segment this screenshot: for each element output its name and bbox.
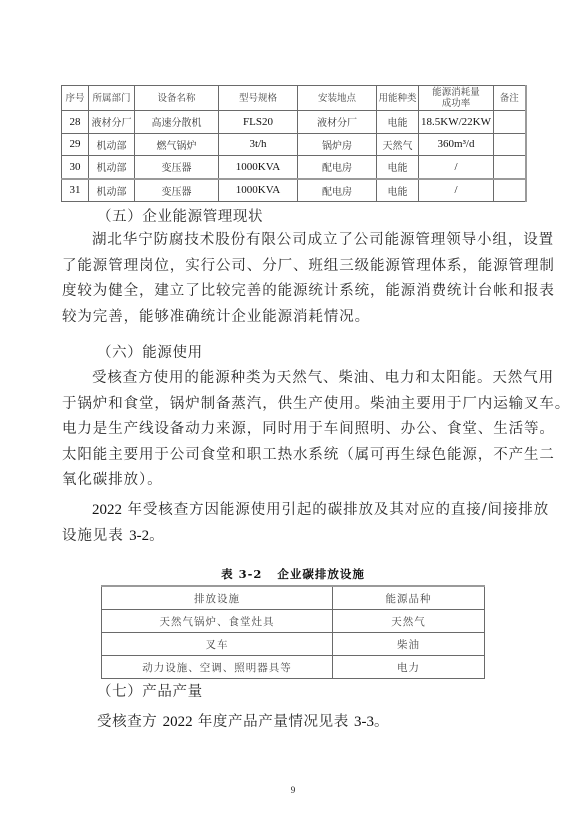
cell-remark xyxy=(494,133,526,156)
paragraph-line: 较为完善，能够准确统计企业能源消耗情况。 xyxy=(62,305,528,331)
section-6-heading: （六）能源使用 xyxy=(97,341,203,362)
paragraph-text: 设施见表 xyxy=(62,528,129,544)
paragraph-line: 受核查方使用的能源种类为天然气、柴油、电力和太阳能。天然气用 xyxy=(62,366,528,392)
cell-dept: 液材分厂 xyxy=(89,111,135,134)
cell-energy-type: 天然气 xyxy=(377,133,419,156)
cell-remark xyxy=(494,111,526,134)
table-row: 31 机动部 变压器 1000KVA 配电房 电能 / xyxy=(62,179,526,202)
cell-model: 1000KVA xyxy=(219,156,298,179)
cell-location: 配电房 xyxy=(298,179,377,202)
header-cell-dept: 所属部门 xyxy=(89,86,135,111)
cell-no: 31 xyxy=(62,179,89,202)
cell-name: 燃气锅炉 xyxy=(135,133,219,156)
cell-name: 变压器 xyxy=(135,156,219,179)
page-number: 9 xyxy=(0,785,586,795)
table-reference: 3-2 xyxy=(129,528,149,544)
paragraph-line: 了能源管理岗位，实行公司、分厂、班组三级能源管理体系，能源管理制 xyxy=(62,254,528,280)
paragraph-line: 2022 年受核查方因能源使用引起的碳排放及其对应的直接/间接排放 xyxy=(62,498,528,524)
cell-energy: 柴油 xyxy=(333,633,485,656)
cell-dept: 机动部 xyxy=(89,156,135,179)
section-6-paragraph-2: 2022 年受核查方因能源使用引起的碳排放及其对应的直接/间接排放 设施见表 3… xyxy=(62,498,528,549)
paragraph-text: 年受核查方因能源使用引起的碳排放及其对应的直接/间接排放 xyxy=(122,502,549,518)
cell-facility: 天然气锅炉、食堂灶具 xyxy=(102,610,333,633)
header-cell-energy-type: 用能种类 xyxy=(377,86,419,111)
header-consumption-line1: 能源消耗量 xyxy=(432,87,480,98)
cell-location: 锅炉房 xyxy=(298,133,377,156)
cell-name: 变压器 xyxy=(135,179,219,202)
year-text: 2022 xyxy=(163,714,193,730)
equipment-table: 序号 所属部门 设备名称 型号规格 安装地点 用能种类 能源消耗量 成功率 备注… xyxy=(61,85,527,202)
cell-energy-type: 电能 xyxy=(377,156,419,179)
cell-no: 29 xyxy=(62,133,89,156)
header-cell-consumption: 能源消耗量 成功率 xyxy=(419,86,494,111)
table-row: 29 机动部 燃气锅炉 3t/h 锅炉房 天然气 360m³/d xyxy=(62,133,526,156)
cell-no: 28 xyxy=(62,111,89,134)
cell-location: 配电房 xyxy=(298,156,377,179)
cell-no: 30 xyxy=(62,156,89,179)
year-text: 2022 xyxy=(92,502,122,518)
table-row: 28 液材分厂 高速分散机 FLS20 液材分厂 电能 18.5KW/22KW xyxy=(62,111,526,134)
paragraph-text: 受核查方 xyxy=(97,714,163,730)
cell-consumption: 360m³/d xyxy=(419,133,494,156)
table-row: 叉车 柴油 xyxy=(102,633,485,656)
emission-facilities-table: 排放设施 能源品种 天然气锅炉、食堂灶具 天然气 叉车 柴油 动力设施、空调、照… xyxy=(101,585,485,679)
paragraph-line: 度较为健全，建立了比较完善的能源统计系统，能源消费统计台帐和报表 xyxy=(62,279,528,305)
section-7-paragraph: 受核查方 2022 年度产品产量情况见表 3-3。 xyxy=(97,710,389,731)
section-6-paragraph: 受核查方使用的能源种类为天然气、柴油、电力和太阳能。天然气用 于锅炉和食堂，锅炉… xyxy=(62,366,528,494)
header-consumption-line2: 成功率 xyxy=(442,98,471,109)
header-cell-facility: 排放设施 xyxy=(102,586,333,610)
table-header-row: 排放设施 能源品种 xyxy=(102,586,485,610)
table-reference: 3-3 xyxy=(354,714,374,730)
table-row: 天然气锅炉、食堂灶具 天然气 xyxy=(102,610,485,633)
cell-energy: 电力 xyxy=(333,656,485,679)
cell-dept: 机动部 xyxy=(89,133,135,156)
cell-remark xyxy=(494,156,526,179)
cell-consumption: / xyxy=(419,179,494,202)
header-cell-no: 序号 xyxy=(62,86,89,111)
paragraph-line: 电力是生产线设备动力来源，同时用于车间照明、办公、食堂、生活等。 xyxy=(62,417,528,443)
header-cell-name: 设备名称 xyxy=(135,86,219,111)
header-cell-energy: 能源品种 xyxy=(333,586,485,610)
cell-consumption: / xyxy=(419,156,494,179)
section-5-paragraph: 湖北华宁防腐技术股份有限公司成立了公司能源管理领导小组，设置 了能源管理岗位，实… xyxy=(62,228,528,330)
cell-energy-type: 电能 xyxy=(377,111,419,134)
paragraph-line: 太阳能主要用于公司食堂和职工热水系统（属可再生绿色能源，不产生二 xyxy=(62,443,528,469)
cell-model: 1000KVA xyxy=(219,179,298,202)
table-caption: 表 3-2 企业碳排放设施 xyxy=(0,566,586,582)
paragraph-text: 。 xyxy=(374,714,389,730)
header-cell-location: 安装地点 xyxy=(298,86,377,111)
cell-location: 液材分厂 xyxy=(298,111,377,134)
cell-energy-type: 电能 xyxy=(377,179,419,202)
cell-name: 高速分散机 xyxy=(135,111,219,134)
cell-consumption: 18.5KW/22KW xyxy=(419,111,494,134)
paragraph-line: 于锅炉和食堂，锅炉制备蒸汽，供生产使用。柴油主要用于厂内运输叉车。 xyxy=(62,392,528,418)
cell-facility: 叉车 xyxy=(102,633,333,656)
table-header-row: 序号 所属部门 设备名称 型号规格 安装地点 用能种类 能源消耗量 成功率 备注 xyxy=(62,86,526,111)
table-caption-label: 表 3-2 xyxy=(221,567,262,581)
cell-model: FLS20 xyxy=(219,111,298,134)
section-7-heading: （七）产品产量 xyxy=(97,680,203,701)
cell-facility: 动力设施、空调、照明器具等 xyxy=(102,656,333,679)
cell-model: 3t/h xyxy=(219,133,298,156)
paragraph-line: 设施见表 3-2。 xyxy=(62,524,528,550)
table-row: 30 机动部 变压器 1000KVA 配电房 电能 / xyxy=(62,156,526,179)
paragraph-line: 湖北华宁防腐技术股份有限公司成立了公司能源管理领导小组，设置 xyxy=(62,228,528,254)
table-row: 动力设施、空调、照明器具等 电力 xyxy=(102,656,485,679)
table-caption-title: 企业碳排放设施 xyxy=(277,567,365,581)
cell-dept: 机动部 xyxy=(89,179,135,202)
paragraph-text: 。 xyxy=(149,528,164,544)
document-page: 序号 所属部门 设备名称 型号规格 安装地点 用能种类 能源消耗量 成功率 备注… xyxy=(0,0,586,815)
cell-remark xyxy=(494,179,526,202)
header-cell-model: 型号规格 xyxy=(219,86,298,111)
cell-energy: 天然气 xyxy=(333,610,485,633)
paragraph-text: 年度产品产量情况见表 xyxy=(193,714,354,730)
section-5-heading: （五）企业能源管理现状 xyxy=(97,205,263,226)
header-cell-remark: 备注 xyxy=(494,86,526,111)
paragraph-line: 氧化碳排放）。 xyxy=(62,468,528,494)
